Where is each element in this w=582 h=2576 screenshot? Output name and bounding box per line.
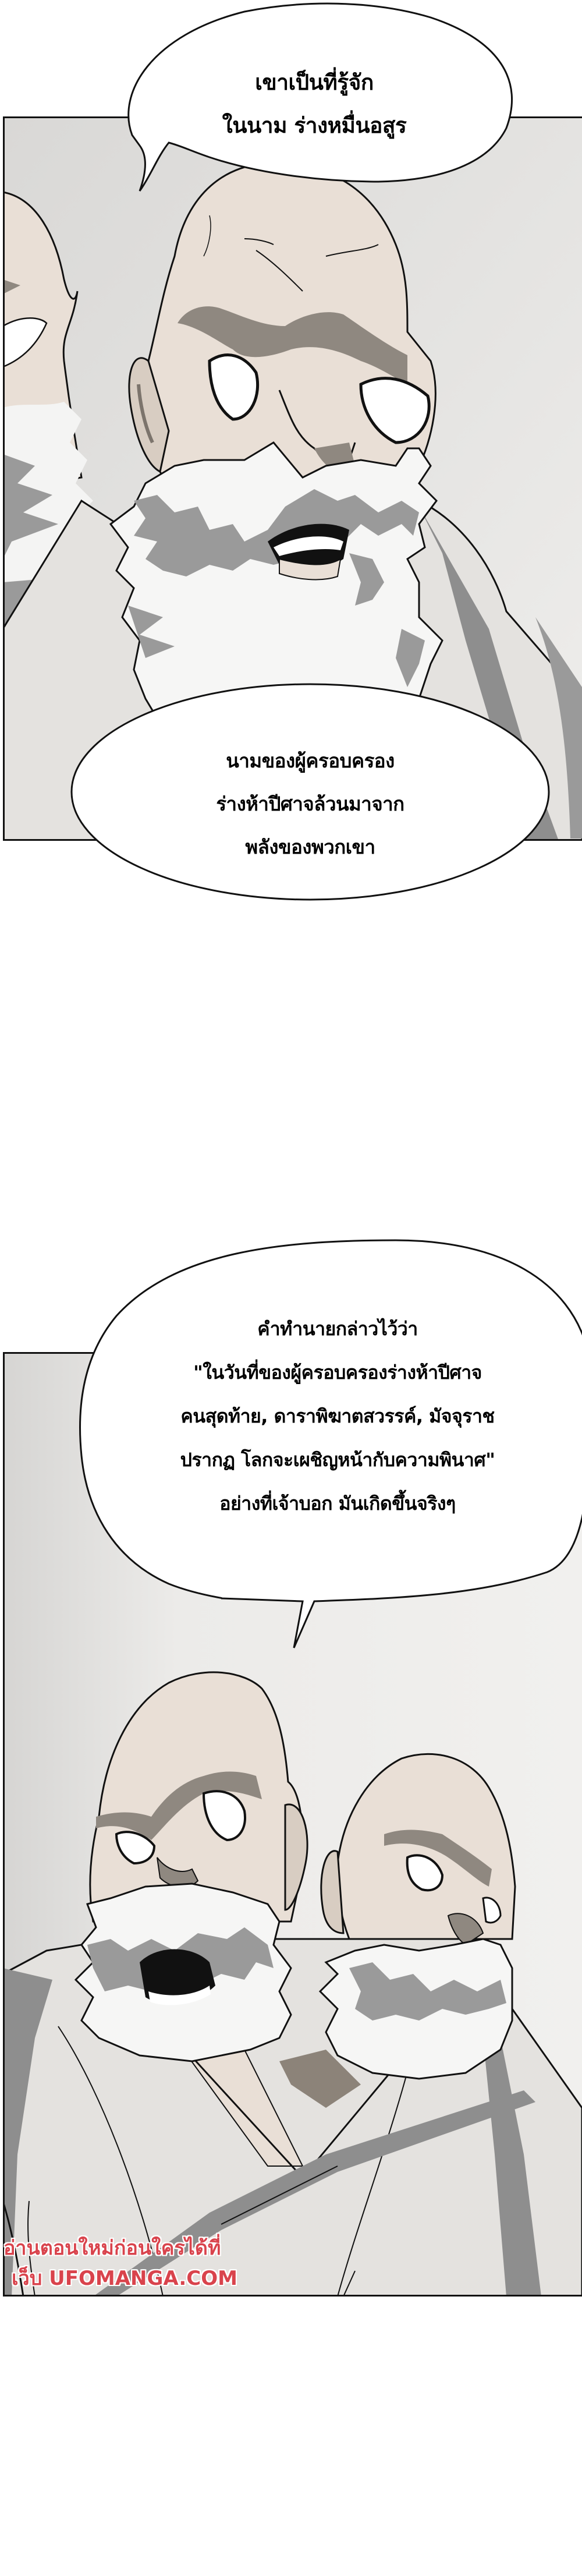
webtoon-page: เขาเป็นที่รู้จัก ในนาม ร่างหมื่นอสูร นาม…	[0, 0, 582, 2576]
bubble-3-line-4: ปรากฏ โลกจะเผชิญหน้ากับความพินาศ"	[93, 1438, 582, 1482]
speech-bubble-3-text: คำทำนายกล่าวไว้ว่า "ในวันที่ของผู้ครอบคร…	[93, 1307, 582, 1526]
bubble-1-line-1: เขาเป็นที่รู้จัก	[175, 61, 454, 104]
speech-bubble-2-text: นามของผู้ครอบครอง ร่างห้าปีศาจล้วนมาจาก …	[136, 739, 485, 869]
bubble-3-line-2: "ในวันที่ของผู้ครอบครองร่างห้าปีศาจ	[93, 1351, 582, 1395]
bubble-1-line-2: ในนาม ร่างหมื่นอสูร	[175, 104, 454, 147]
bubble-2-line-2: ร่างห้าปีศาจล้วนมาจาก	[136, 783, 485, 826]
bubble-3-line-5: อย่างที่เจ้าบอก มันเกิดขึ้นจริงๆ	[93, 1482, 582, 1526]
panel-1-illustration	[3, 116, 582, 841]
watermark-line-2: เว็บ UFOMANGA.COM	[3, 2263, 237, 2294]
bubble-3-line-1: คำทำนายกล่าวไว้ว่า	[93, 1307, 582, 1351]
panel-1	[3, 116, 582, 841]
site-watermark: อ่านตอนใหม่ก่อนใครได้ที่ เว็บ UFOMANGA.C…	[3, 2233, 237, 2294]
bubble-2-line-3: พลังของพวกเขา	[136, 826, 485, 869]
bubble-2-line-1: นามของผู้ครอบครอง	[136, 739, 485, 783]
bubble-3-line-3: คนสุดท้าย, ดาราพิฆาตสวรรค์, มัจจุราช	[93, 1395, 582, 1438]
speech-bubble-1-text: เขาเป็นที่รู้จัก ในนาม ร่างหมื่นอสูร	[175, 61, 454, 147]
watermark-line-1: อ่านตอนใหม่ก่อนใครได้ที่	[3, 2233, 237, 2263]
